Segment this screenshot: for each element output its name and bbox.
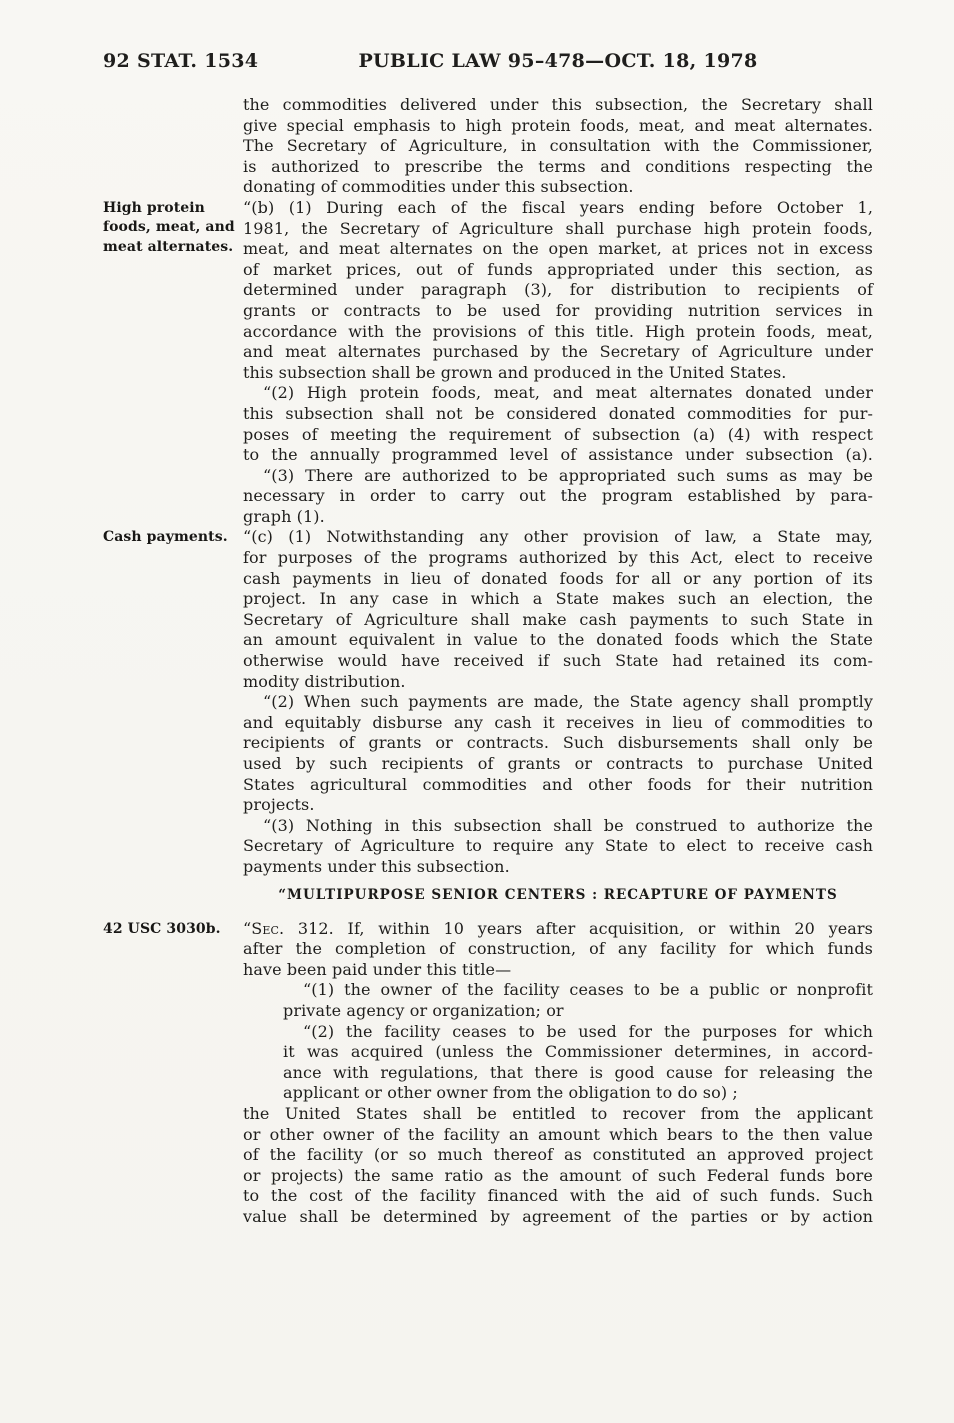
- margin-note: Cash payments.: [103, 528, 237, 548]
- body-line: necessary in order to carry out the prog…: [243, 486, 873, 507]
- body-line: of the facility (or so much thereof as c…: [243, 1145, 873, 1166]
- body-line: after the completion of construction, of…: [243, 939, 873, 960]
- body-line: cash payments in lieu of donated foods f…: [243, 569, 873, 590]
- body-line: project. In any case in which a State ma…: [243, 589, 873, 610]
- margin-note: High protein foods, meat, and meat alter…: [103, 199, 237, 258]
- body-line: “(c) (1) Notwithstanding any other provi…: [243, 527, 873, 548]
- body-line: the United States shall be entitled to r…: [243, 1104, 873, 1125]
- paragraph: Cash payments.“(c) (1) Notwithstanding a…: [243, 527, 873, 692]
- body-line: an amount equivalent in value to the don…: [243, 630, 873, 651]
- body-line: “(2) High protein foods, meat, and meat …: [243, 383, 873, 404]
- body-line: “(2) When such payments are made, the St…: [243, 692, 873, 713]
- paragraph: “(2) the facility ceases to be used for …: [243, 1022, 873, 1104]
- body-line: “(3) Nothing in this subsection shall be…: [243, 816, 873, 837]
- body-line: Secretary of Agriculture shall make cash…: [243, 610, 873, 631]
- body-line: to the annually programmed level of assi…: [243, 445, 873, 466]
- paragraph: “(3) There are authorized to be appropri…: [243, 466, 873, 528]
- body-line: or other owner of the facility an amount…: [243, 1125, 873, 1146]
- body-line: this subsection shall be grown and produ…: [243, 363, 873, 384]
- paragraph: the United States shall be entitled to r…: [243, 1104, 873, 1228]
- body-line: meat, and meat alternates on the open ma…: [243, 239, 873, 260]
- paragraph: “(2) High protein foods, meat, and meat …: [243, 383, 873, 465]
- paragraph: “(1) the owner of the facility ceases to…: [243, 980, 873, 1021]
- paragraph: “(3) Nothing in this subsection shall be…: [243, 816, 873, 878]
- body-line: and equitably disburse any cash it recei…: [243, 713, 873, 734]
- body-line: accordance with the provisions of this t…: [243, 322, 873, 343]
- body-column: the commodities delivered under this sub…: [243, 95, 873, 1227]
- law-title: PUBLIC LAW 95–478—OCT. 18, 1978: [243, 50, 873, 72]
- section-number: “Sec. 312.: [243, 919, 334, 938]
- body-line: “(b) (1) During each of the fiscal years…: [243, 198, 873, 219]
- body-line: of market prices, out of funds appropria…: [243, 260, 873, 281]
- body-line: is authorized to prescribe the terms and…: [243, 157, 873, 178]
- body-line: ance with regulations, that there is goo…: [243, 1063, 873, 1084]
- body-line: for purposes of the programs authorized …: [243, 548, 873, 569]
- statute-page: 92 STAT. 1534 PUBLIC LAW 95–478—OCT. 18,…: [0, 0, 954, 1423]
- body-line: Secretary of Agriculture to require any …: [243, 836, 873, 857]
- body-line: States agricultural commodities and othe…: [243, 775, 873, 796]
- body-line: used by such recipients of grants or con…: [243, 754, 873, 775]
- body-line: graph (1).: [243, 507, 873, 528]
- body-line: and meat alternates purchased by the Sec…: [243, 342, 873, 363]
- body-line: “(1) the owner of the facility ceases to…: [243, 980, 873, 1001]
- body-line: grants or contracts to be used for provi…: [243, 301, 873, 322]
- body-line: to the cost of the facility financed wit…: [243, 1186, 873, 1207]
- stat-citation: 92 STAT. 1534: [103, 50, 258, 72]
- body-line: otherwise would have received if such St…: [243, 651, 873, 672]
- body-line: modity distribution.: [243, 672, 873, 693]
- body-line: payments under this subsection.: [243, 857, 873, 878]
- body-line: “(2) the facility ceases to be used for …: [243, 1022, 873, 1043]
- body-line: the commodities delivered under this sub…: [243, 95, 873, 116]
- body-line: donating of commodities under this subse…: [243, 177, 873, 198]
- paragraph: 42 USC 3030b.“Sec. 312. If, within 10 ye…: [243, 919, 873, 981]
- body-line: “Sec. 312. If, within 10 years after acq…: [243, 919, 873, 940]
- paragraph: High protein foods, meat, and meat alter…: [243, 198, 873, 383]
- body-line: private agency or organization; or: [243, 1001, 873, 1022]
- body-line: recipients of grants or contracts. Such …: [243, 733, 873, 754]
- body-line: determined under paragraph (3), for dist…: [243, 280, 873, 301]
- body-line: 1981, the Secretary of Agriculture shall…: [243, 219, 873, 240]
- body-line: have been paid under this title—: [243, 960, 873, 981]
- body-line: this subsection shall not be considered …: [243, 404, 873, 425]
- body-line: value shall be determined by agreement o…: [243, 1207, 873, 1228]
- body-line: The Secretary of Agriculture, in consult…: [243, 136, 873, 157]
- body-line: it was acquired (unless the Commissioner…: [243, 1042, 873, 1063]
- body-line: “(3) There are authorized to be appropri…: [243, 466, 873, 487]
- body-line: applicant or other owner from the obliga…: [243, 1083, 873, 1104]
- body-line: or projects) the same ratio as the amoun…: [243, 1166, 873, 1187]
- paragraph: the commodities delivered under this sub…: [243, 95, 873, 198]
- paragraph: “(2) When such payments are made, the St…: [243, 692, 873, 816]
- body-line: give special emphasis to high protein fo…: [243, 116, 873, 137]
- body-line: poses of meeting the requirement of subs…: [243, 425, 873, 446]
- body-line: projects.: [243, 795, 873, 816]
- section-heading: “MULTIPURPOSE SENIOR CENTERS : RECAPTURE…: [243, 886, 873, 905]
- margin-note: 42 USC 3030b.: [103, 920, 237, 940]
